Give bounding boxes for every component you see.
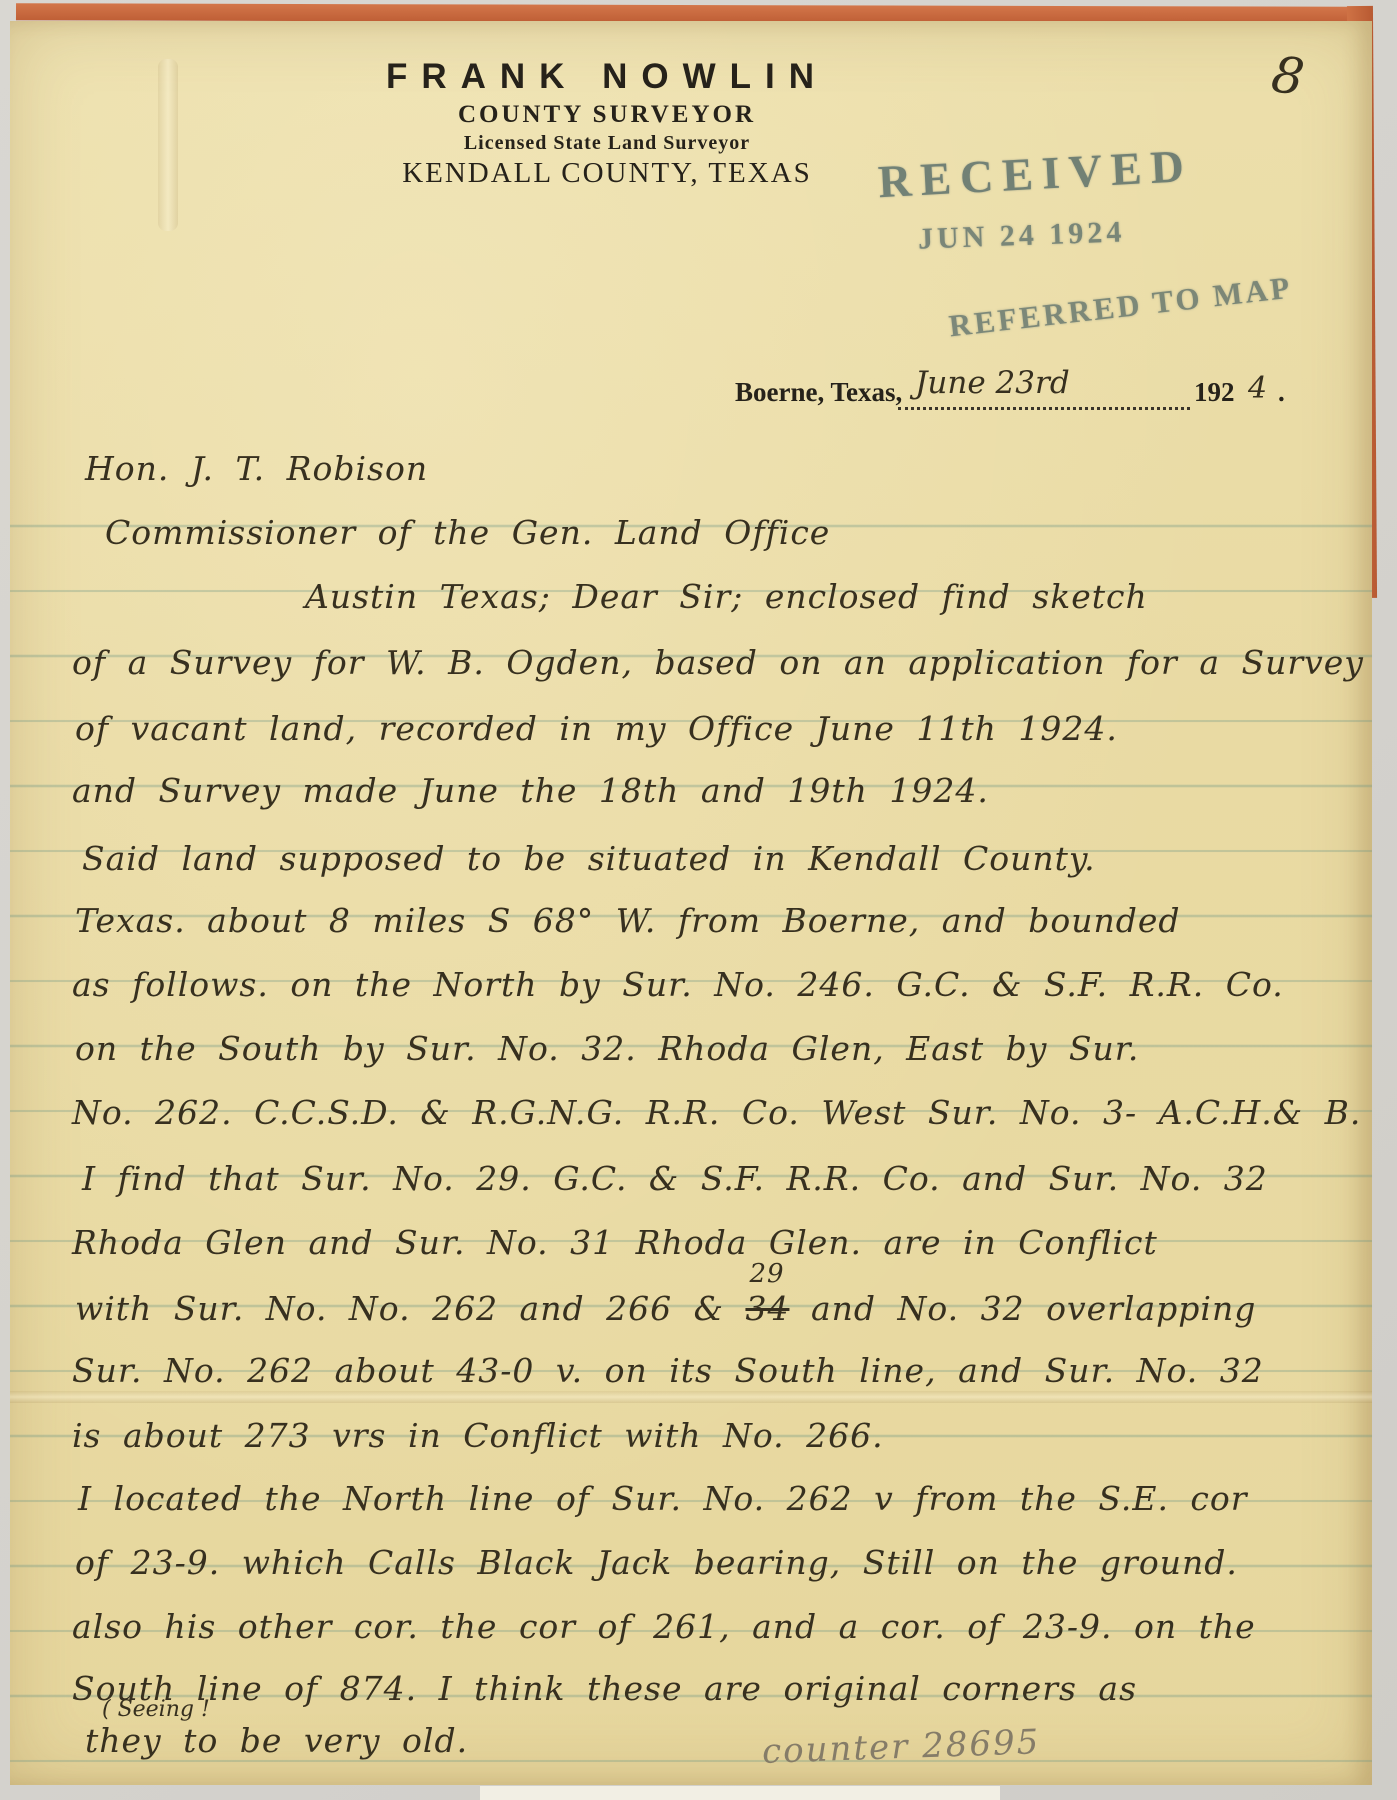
body-line: as follows. on the North by Sur. No. 246… (72, 965, 1284, 1004)
dateline-period: . (1278, 377, 1285, 408)
scanned-letter-page: FRANK NOWLIN COUNTY SURVEYOR Licensed St… (0, 0, 1397, 1800)
body-line: of a Survey for W. B. Ogden, based on an… (72, 643, 1364, 682)
body-line-with-correction: with Sur. No. No. 262 and 266 & 3429 and… (75, 1289, 1256, 1328)
body-line: Rhoda Glen and Sur. No. 31 Rhoda Glen. a… (72, 1223, 1158, 1262)
letterhead-county: KENDALL COUNTY, TEXAS (360, 157, 854, 190)
counter-number-note: counter 28695 (761, 1722, 1041, 1772)
body-line-recipient: Hon. J. T. Robison (85, 449, 428, 488)
body-line: also his other cor. the cor of 261, and … (72, 1607, 1256, 1646)
correction-pre: with Sur. No. No. 262 and 266 & (75, 1289, 745, 1328)
body-line: and Survey made June the 18th and 19th 1… (72, 771, 989, 810)
body-line-salutation: Austin Texas; Dear Sir; enclosed find sk… (305, 577, 1148, 616)
dateline-year-handwritten-digit: 4 (1248, 371, 1267, 406)
page-number: 8 (1268, 45, 1308, 107)
body-line: Said land supposed to be situated in Ken… (82, 839, 1096, 878)
body-line: Sur. No. 262 about 43-0 v. on its South … (72, 1351, 1264, 1390)
letterhead-name: FRANK NOWLIN (360, 57, 854, 97)
letterhead: FRANK NOWLIN COUNTY SURVEYOR Licensed St… (360, 57, 854, 190)
letterhead-subtitle: Licensed State Land Surveyor (360, 132, 854, 155)
interlinear-insertion: ( Seeing ! (102, 1697, 210, 1722)
body-line-commissioner: Commissioner of the Gen. Land Office (105, 513, 830, 552)
body-line: of vacant land, recorded in my Office Ju… (75, 709, 1118, 748)
body-line: of 23-9. which Calls Black Jack bearing,… (75, 1543, 1238, 1582)
body-line: is about 273 vrs in Conflict with No. 26… (72, 1416, 884, 1455)
body-line: I located the North line of Sur. No. 262… (78, 1479, 1248, 1518)
body-line-final: they to be very old. (85, 1721, 468, 1760)
received-stamp-date: JUN 24 1924 (917, 215, 1125, 256)
letter-paper: FRANK NOWLIN COUNTY SURVEYOR Licensed St… (10, 21, 1372, 1785)
correction-post: and No. 32 overlapping (789, 1289, 1256, 1328)
body-line: South line of 874. I think these are ori… (72, 1669, 1137, 1708)
correction-struck-wrap: 3429 (745, 1289, 789, 1328)
dateline-year-printed: 192 (1194, 377, 1235, 408)
correction-struck-number: 34 (745, 1289, 789, 1328)
received-stamp: RECEIVED (877, 139, 1194, 208)
dateline-place: Boerne, Texas, (735, 377, 902, 408)
paper-crease-vertical (158, 59, 178, 231)
letterhead-title: COUNTY SURVEYOR (360, 101, 854, 129)
referred-to-map-stamp: REFERRED TO MAP (947, 270, 1294, 345)
dateline-handwritten-date: June 23rd (915, 365, 1070, 401)
correction-superscript-number: 29 (749, 1259, 784, 1289)
body-line: on the South by Sur. No. 32. Rhoda Glen,… (75, 1029, 1139, 1068)
body-line: No. 262. C.C.S.D. & R.G.N.G. R.R. Co. We… (72, 1093, 1361, 1132)
body-line: I find that Sur. No. 29. G.C. & S.F. R.R… (82, 1159, 1268, 1198)
dateline: Boerne, Texas, June 23rd 192 4 . (10, 369, 1372, 429)
scanner-edge-sliver (480, 1786, 1000, 1800)
paper-crease-horizontal (10, 1391, 1372, 1403)
body-line: Texas. about 8 miles S 68° W. from Boern… (75, 901, 1181, 940)
